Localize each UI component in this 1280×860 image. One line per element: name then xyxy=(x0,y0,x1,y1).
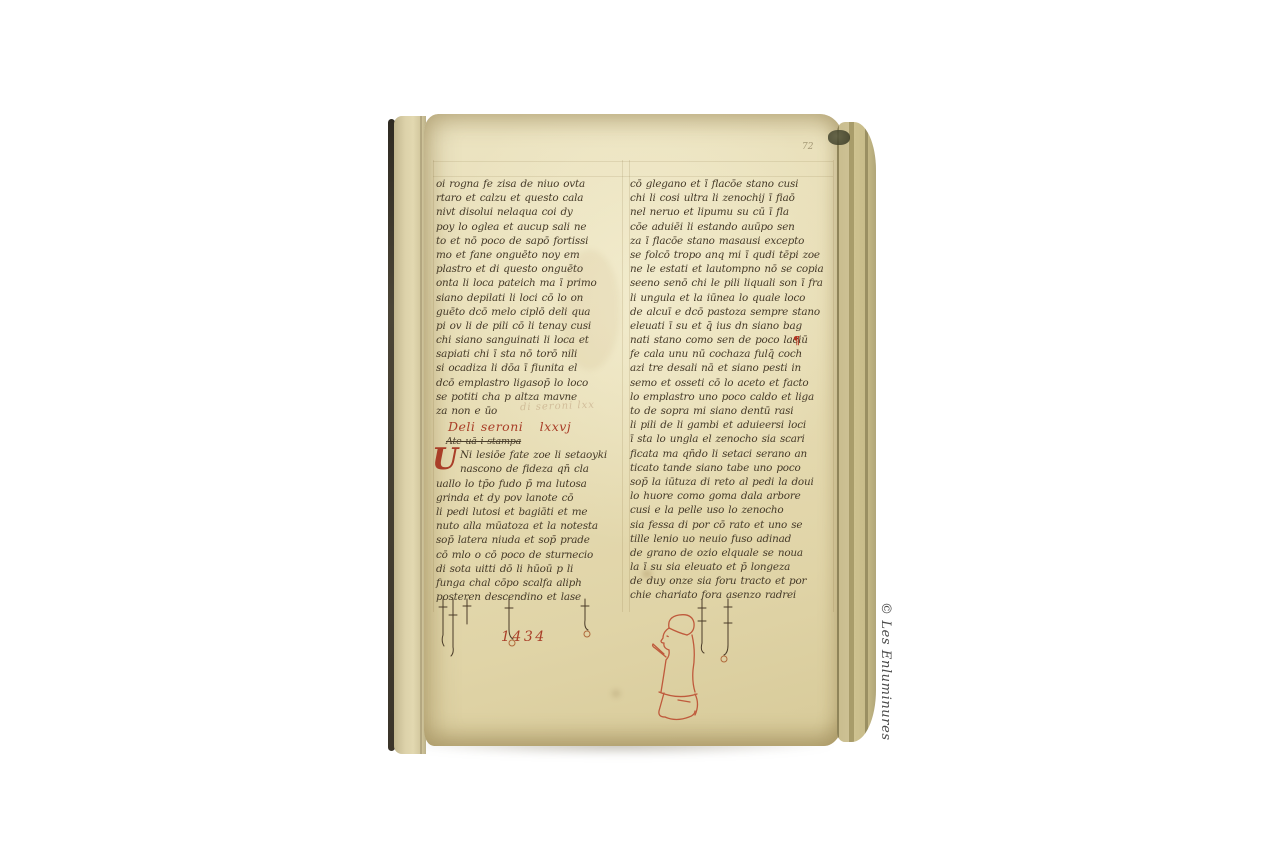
manuscript-line: uallo lo tp̄o fudo p̄ ma lutosa xyxy=(436,477,624,491)
manuscript-line: cō mlo o cō poco de sturnecio xyxy=(436,548,624,562)
manuscript-line: rtaro et calzu et questo cala xyxy=(436,191,624,205)
manuscript-line: li pedi lutosi et bagiāti et me xyxy=(436,505,624,519)
manuscript-line: Ni lesiōe fate zoe li setaoyki xyxy=(436,448,624,462)
manuscript-line: plastro et di questo onguēto xyxy=(436,262,624,276)
manuscript-line: nati stano como sen de poco laciū xyxy=(630,333,834,347)
manuscript-line: chi siano sanguinati li loca et xyxy=(436,333,624,347)
manuscript-line: dcō emplastro ligasop̄ lo loco xyxy=(436,376,624,390)
manuscript-line: nel neruo et lipumu su cū ī fla xyxy=(630,205,834,219)
manuscript-line: guēto dcō melo ciplō deli qua xyxy=(436,305,624,319)
ruling-line-horizontal xyxy=(433,161,833,162)
manuscript-line: ficata ma qn̄do li setaci serano an xyxy=(630,447,834,461)
folio-number: 72 xyxy=(802,142,813,152)
manuscript-line: sapiati chi ī sta nō torō nili xyxy=(436,347,624,361)
rubricated-initial: U xyxy=(432,446,458,474)
manuscript-line: pi ov li de pili cō li tenay cusi xyxy=(436,319,624,333)
manuscript-line: lo emplastro uno poco caldo et liga xyxy=(630,390,834,404)
red-paragraph-mark: ¶ xyxy=(793,333,800,347)
manuscript-line: de grano de ozio elquale se noua xyxy=(630,546,834,560)
manuscript-line: to de sopra mi siano dentū rasi xyxy=(630,404,834,418)
manuscript-line: de duy onze sia foru tracto et por xyxy=(630,574,834,588)
manuscript-line: sop̄ la iūtuza di reto al pedi la doui xyxy=(630,475,834,489)
manuscript-line: sia fessa di por cō rato et uno se xyxy=(630,518,834,532)
manuscript-line: ne le estati et lautompno nō se copia xyxy=(630,262,834,276)
left-page-stack-gutter xyxy=(394,116,426,754)
manuscript-line: cōe aduiēi li estando auūpo sen xyxy=(630,220,834,234)
manuscript-line: to et nō poco de sapō fortissi xyxy=(436,234,624,248)
manuscript-line: semo et osseti cō lo aceto et facto xyxy=(630,376,834,390)
manuscript-line: li pili de li gambi et aduieersi loci xyxy=(630,418,834,432)
kneeling-figure-sketch xyxy=(648,612,710,727)
manuscript-line: mo et fane onguēto noy em xyxy=(436,248,624,262)
manuscript-line: la ī su sia eleuato et p̄ longeza xyxy=(630,560,834,574)
manuscript-line: oi rogna fe zisa de niuo ovta xyxy=(436,177,624,191)
manuscript-line: de alcuī e dcō pastoza sempre stano xyxy=(630,305,834,319)
manuscript-photo-scene: 72 oi rogna fe zisa de niuo ovtartaro et… xyxy=(0,0,1280,860)
ruling-line-vertical xyxy=(433,160,434,612)
manuscript-line: li ungula et la iūnea lo quale loco xyxy=(630,291,834,305)
manuscript-line: siano depilati li loci cō lo on xyxy=(436,291,624,305)
binding-clasp-remnant xyxy=(828,130,850,145)
manuscript-line: fe cala unu nū cochaza fulq̄ coch xyxy=(630,347,834,361)
left-text-column: oi rogna fe zisa de niuo ovtartaro et ca… xyxy=(436,177,624,604)
rubric-heading: Deli seroni lxxvj xyxy=(436,418,624,435)
manuscript-line: si ocadiza li dōa ī fiunita el xyxy=(436,361,624,375)
left-column-block2-lines: Ni lesiōe fate zoe li setaoykinascono de… xyxy=(436,448,624,604)
manuscript-line: ī sta lo ungla el zenocho sia scari xyxy=(630,432,834,446)
manuscript-line: eleuati ī su et q̄ ius dn siano bag xyxy=(630,319,834,333)
manuscript-line: lo huore como goma dala arbore xyxy=(630,489,834,503)
manuscript-line: azi tre desali nā et siano pesti in xyxy=(630,361,834,375)
manuscript-line: se folcō tropo anq mi ī qudi tēpi zoe xyxy=(630,248,834,262)
book-fore-edge xyxy=(837,122,876,742)
manuscript-line: funga chal cōpo scalfa aliph xyxy=(436,576,624,590)
manuscript-line: seeno senō chi le pili liquali son ī fra xyxy=(630,276,834,290)
manuscript-line: onta li loca pateich ma ī primo xyxy=(436,276,624,290)
manuscript-line: di sota uitti dō li hūoū p li xyxy=(436,562,624,576)
manuscript-line: ticato tande siano tabe uno poco xyxy=(630,461,834,475)
pen-flourishes-left xyxy=(436,599,611,665)
right-text-column: cō glegano et ī flacōe stano cusichi li … xyxy=(630,177,834,603)
watermark-credit: © Les Enluminures xyxy=(878,602,893,741)
struck-through-line: Ate uā i stampa xyxy=(436,435,624,448)
manuscript-line: grinda et dy pov lanote cō xyxy=(436,491,624,505)
manuscript-line: nivt disolui nelaqua coi dy xyxy=(436,205,624,219)
manuscript-line: tille lenio uo neuio fuso adinad xyxy=(630,532,834,546)
manuscript-line: cusi e la pelle uso lo zenocho xyxy=(630,503,834,517)
pen-flourishes-right xyxy=(694,599,814,669)
manuscript-line: sop̄ latera niuda et sop̄ prade xyxy=(436,533,624,547)
manuscript-line: nuto alla mūatoza et la notesta xyxy=(436,519,624,533)
left-column-block1: oi rogna fe zisa de niuo ovtartaro et ca… xyxy=(436,177,624,418)
manuscript-line: za ī flacōe stano masausi excepto xyxy=(630,234,834,248)
manuscript-line: nascono de fideza qn̄ cla xyxy=(436,462,624,476)
manuscript-line: cō glegano et ī flacōe stano cusi xyxy=(630,177,834,191)
left-column-block2: U Ni lesiōe fate zoe li setaoykinascono … xyxy=(436,448,624,604)
manuscript-line: chi li cosi ultra li zenochij ī fiaō xyxy=(630,191,834,205)
right-column-lines: cō glegano et ī flacōe stano cusichi li … xyxy=(630,177,834,603)
parchment-stain xyxy=(612,690,620,697)
manuscript-line: poy lo oglea et aucup sali ne xyxy=(436,220,624,234)
